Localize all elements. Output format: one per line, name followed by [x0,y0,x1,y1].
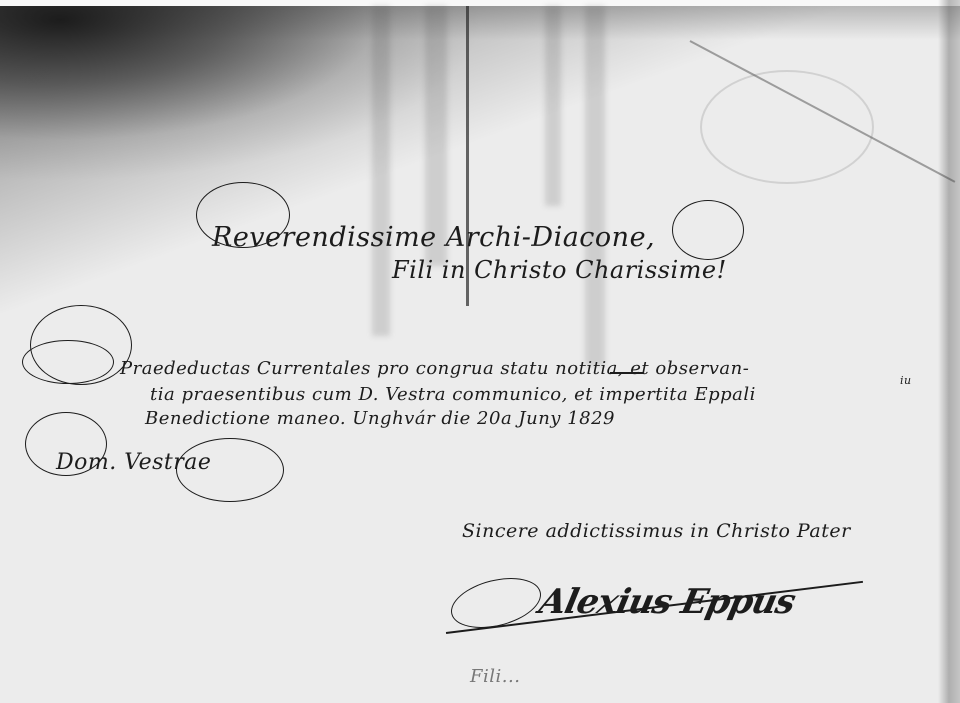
body-line-1: Praedeductas Currentales pro congrua sta… [120,358,749,379]
paper-top-edge [0,0,960,6]
water-stain [585,6,605,366]
paper-right-edge [938,0,960,703]
body-line-2: tia praesentibus cum D. Vestra communico… [150,384,756,405]
closing-phrase: Sincere addictissimus in Christo Pater [462,520,851,542]
water-stain [372,6,390,336]
water-stain [545,6,561,206]
strikethrough-mark [610,372,644,374]
scanned-letter-page: Reverendissime Archi-Diacone, Fili in Ch… [0,0,960,703]
salutation-line-2: Fili in Christo Charissime! [392,256,727,284]
faint-footer-text: Fili... [470,666,520,687]
faint-seal-impression [700,70,874,184]
salutation-line-1: Reverendissime Archi-Diacone, [212,222,655,253]
initial-flourish [22,340,114,384]
body-line-3: Benedictione maneo. Unghvár die 20a Juny… [145,408,615,429]
address-form: Dom. Vestrae [56,450,211,475]
initial-flourish [672,200,744,260]
interlinear-note: iu [900,374,912,387]
